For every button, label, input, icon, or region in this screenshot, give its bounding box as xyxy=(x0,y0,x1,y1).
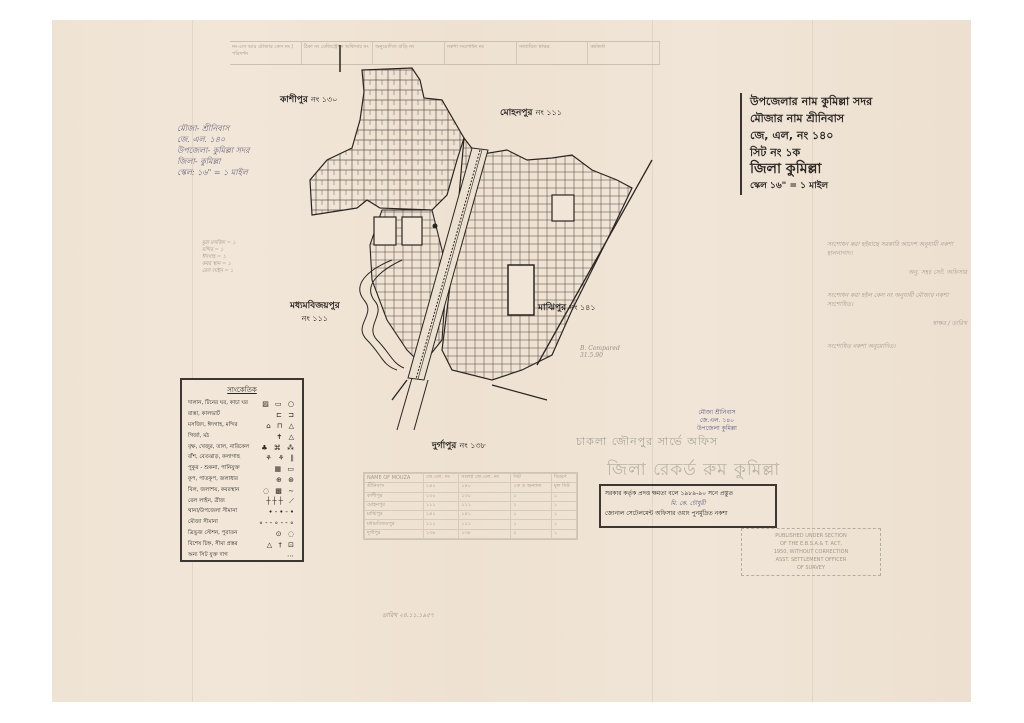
note-paragraph: সংশোধিত নকশা অনুমোদিত। xyxy=(827,342,967,351)
table-cell: মাঝিপুর xyxy=(365,511,424,520)
legend-row: মৌজা সীমানা∘--∘--∘ xyxy=(188,518,296,529)
mouza-number: নং ১৩০ xyxy=(311,95,337,104)
pencil-line: কবর স্থান = ১ xyxy=(202,261,236,268)
legend-title: সাংকেতিক xyxy=(188,384,296,396)
legend-row: বাঁশ, বেতঝাড়, কলাগাছ⚘ ⚘ ∥ xyxy=(188,453,296,464)
table-row: দুর্গাপুর১৩৮১৩৮১১ xyxy=(365,529,577,538)
seal-line: জে.এল. ১৪০ xyxy=(697,417,737,425)
trig-station-icon: ⊙ ◌ xyxy=(276,530,296,538)
jl-number: জে, এল, নং ১৪০ xyxy=(750,127,900,144)
mouza-name: মোহনপুর xyxy=(500,108,532,118)
table-row: কাশীপুর১৩০১৩০১১ xyxy=(365,492,577,501)
mouza-boundary-icon: ∘--∘--∘ xyxy=(259,519,296,527)
seal-line: মৌজা শ্রীনিবাস xyxy=(697,409,737,417)
legend-label: অন্য সিট যুক্ত দাগ xyxy=(188,552,228,560)
boundary-pillar-icon: △ † ⊡ xyxy=(267,541,296,549)
info-line: মৌজা- শ্রীনিবাস xyxy=(177,123,250,134)
table-cell: ১ xyxy=(511,529,552,538)
legend-label: রেল লাইন, ব্রীজ xyxy=(188,498,225,506)
table-row: শ্রীনিবাস১৪০১৪০১ক ও অন্যান্যমূল সিট xyxy=(365,483,577,492)
legend-label: বিল, জলাশয়, কবরস্থান xyxy=(188,487,239,495)
table-header: সংলগ্ন জে.এল. নং xyxy=(459,474,511,483)
table-cell: ১১১ xyxy=(423,501,458,510)
district-name: জিলা কুমিল্লা xyxy=(750,161,900,178)
table-cell: ১১১ xyxy=(459,520,511,529)
mouza-seal: মৌজা শ্রীনিবাস জে.এল. ১৪০ উপজেলা কুমিল্ল… xyxy=(697,409,737,433)
legend-label: কূপ, পাতকূপ, জলাধার xyxy=(188,476,238,484)
table-cell: ১ক ও অন্যান্য xyxy=(511,483,552,492)
seal-line: উপজেলা কুমিল্লা xyxy=(697,425,737,433)
map-legend: সাংকেতিক দালান, টিনের ঘর, কাচা ঘর▨ ▭ ○ র… xyxy=(180,378,304,562)
note-paragraph: সংশোধন করা হইল কেস নং অনুযায়ী মৌজার নকশ… xyxy=(827,291,967,309)
pencil-compared-note: B. Compared 31.5.90 xyxy=(580,345,630,359)
table-cell: ১৩০ xyxy=(423,492,458,501)
legend-label: বাঁশ, বেতঝাড়, কলাগাছ xyxy=(188,454,240,462)
legend-row: দালান, টিনের ঘর, কাচা ঘর▨ ▭ ○ xyxy=(188,399,296,410)
table-cell: ১৩৮ xyxy=(459,529,511,538)
table-cell: ১৩০ xyxy=(459,492,511,501)
table-cell: ১ xyxy=(551,492,576,501)
table-cell: ১ xyxy=(511,492,552,501)
legend-row: রেল লাইন, ব্রীজ┼┼┼ ⟋ xyxy=(188,496,296,507)
note-paragraph: সংশোধন করা হইয়াছে সরকারি আদেশ অনুযায়ী … xyxy=(827,240,967,258)
railway-symbol-icon: ┼┼┼ ⟋ xyxy=(266,497,296,506)
table-header-row: NAME OF MOUZA জে.এল. নং সংলগ্ন জে.এল. নং… xyxy=(365,474,577,483)
mouza-name: মাঝিপুর xyxy=(538,303,566,313)
table-header: জে.এল. নং xyxy=(423,474,458,483)
well-symbol-icon: ⊕ ⊛ xyxy=(276,476,296,484)
stamp-line: OF SURVEY xyxy=(745,564,877,572)
note-signature: অনু. সহঃ সেট. অফিসার xyxy=(827,268,967,277)
mouza-label-majhipur: মাঝিপুর নং ১৪১ xyxy=(538,300,596,315)
table-header: NAME OF MOUZA xyxy=(365,474,424,483)
church-symbol-icon: ✝ △ xyxy=(277,433,296,441)
legend-row: থানা/উপজেলা সীমানা•-•-• xyxy=(188,507,296,518)
pencil-line: মুরা মসজিদ = ১ xyxy=(202,240,236,247)
legend-row: বিশেষ চিহ্ন, সীমা প্রস্তর△ † ⊡ xyxy=(188,539,296,550)
certification-line: জোনাল সেটেলমেন্ট অফিসার ওয়াং পুনর্মুদ্র… xyxy=(605,509,771,519)
officer-signature: মি. কে. চৌধুরী xyxy=(605,499,771,509)
mouza-name: মধ্যমবিজয়পুর xyxy=(290,298,340,313)
mouza-name: মৌজার নাম শ্রীনিবাস xyxy=(750,110,900,127)
survey-office-stamp: চাকলা জৌনপুর সার্ভে অফিস xyxy=(576,433,718,452)
handwritten-info: মৌজা- শ্রীনিবাস জে. এল. ১৪০ উপজেলা- কুমি… xyxy=(177,123,250,178)
table-row: মধ্যমবিজয়পুর১১১১১১১১ xyxy=(365,520,577,529)
dotted-line-icon: ⋯ xyxy=(287,552,296,560)
mouza-number: নং ১৩৮ xyxy=(459,441,485,450)
table-cell: ১ xyxy=(511,511,552,520)
table-cell: ১৩৮ xyxy=(423,529,458,538)
legend-label: মসজিদ, ঈদগাহ, মন্দির xyxy=(188,422,238,430)
mouza-name: দুর্গাপুর xyxy=(432,441,456,451)
mouza-number: নং ১১১ xyxy=(290,313,340,326)
table-cell: মোহনপুর xyxy=(365,501,424,510)
legend-row: মসজিদ, ঈদগাহ, মন্দির⌂ ⊓ △ xyxy=(188,421,296,432)
title-block: উপজেলার নাম কুমিল্লা সদর মৌজার নাম শ্রীন… xyxy=(740,93,900,195)
table-cell: দুর্গাপুর xyxy=(365,529,424,538)
table-cell: শ্রীনিবাস xyxy=(365,483,424,492)
bamboo-symbol-icon: ⚘ ⚘ ∥ xyxy=(265,454,296,462)
legend-row: পুকুর - শুকনা, পানিযুক্ত▦ ▭ xyxy=(188,464,296,475)
stamp-line: ASST. SETTLEMENT OFFICER xyxy=(745,556,877,564)
mouza-number: নং ১৪১ xyxy=(569,303,595,312)
table-cell: ১১১ xyxy=(423,520,458,529)
mouza-name: কাশীপুর xyxy=(280,95,308,105)
sheet-number: সিট নং ১ক xyxy=(750,144,900,161)
marsh-symbol-icon: ◌ ▩ ∼ xyxy=(263,487,296,495)
table-cell: ১ xyxy=(551,511,576,520)
mouza-label-moddhombijoypur: মধ্যমবিজয়পুর নং ১১১ xyxy=(290,298,340,326)
mouza-label-kashipur: কাশীপুর নং ১৩০ xyxy=(280,92,337,107)
map-scale: স্কেল ১৬" = ১ মাইল xyxy=(750,178,900,195)
pencil-line: মন্দির = ১ xyxy=(202,247,236,254)
stamp-line: PUBLISHED UNDER SECTION xyxy=(745,532,877,540)
legend-row: রাস্তা, কালভার্ট⊏ ⊐ xyxy=(188,410,296,421)
table-header: সিট xyxy=(511,474,552,483)
info-line: স্কেল: ১৬" = ১ মাইল xyxy=(177,167,250,178)
map-sheet: নং-এস আর মৌজার কেস নং / পরিদর্শন ঠিকা নং… xyxy=(52,20,971,702)
mosque-symbol-icon: ⌂ ⊓ △ xyxy=(266,422,296,430)
table-header: বিবরণ xyxy=(551,474,576,483)
margin-notes: সংশোধন করা হইয়াছে সরকারি আদেশ অনুযায়ী … xyxy=(827,240,967,351)
upazila-name: উপজেলার নাম কুমিল্লা সদর xyxy=(750,93,900,110)
legend-label: মৌজা সীমানা xyxy=(188,519,218,527)
table-cell: ১ xyxy=(551,520,576,529)
legend-label: পুকুর - শুকনা, পানিযুক্ত xyxy=(188,465,240,473)
pencil-line: রেল লাইন = ১ xyxy=(202,268,236,275)
note-signature: স্বাক্ষর / তারিখ xyxy=(827,319,967,328)
table-cell: ১১১ xyxy=(459,501,511,510)
building-symbol-icon: ▨ ▭ ○ xyxy=(262,400,296,408)
legend-row: কূপ, পাতকূপ, জলাধার⊕ ⊛ xyxy=(188,475,296,486)
mouza-number: নং ১১১ xyxy=(536,108,562,117)
table-cell: ১৪০ xyxy=(423,483,458,492)
table-cell: ১ xyxy=(551,501,576,510)
table-cell: ১৪০ xyxy=(459,483,511,492)
table-cell: কাশীপুর xyxy=(365,492,424,501)
legend-label: গির্জা, মঠ xyxy=(188,433,209,441)
thana-boundary-icon: •-•-• xyxy=(269,508,296,516)
pencil-date-note: তারিখ ২৪.১১.১৯৫৭ xyxy=(382,610,434,621)
legend-label: ত্রিভুজ স্টেশন, পুরাতন xyxy=(188,530,237,538)
legend-label: রাস্তা, কালভার্ট xyxy=(188,411,220,419)
legend-row: ত্রিভুজ স্টেশন, পুরাতন⊙ ◌ xyxy=(188,529,296,540)
legend-label: থানা/উপজেলা সীমানা xyxy=(188,508,237,516)
table-row: মাঝিপুর১৪১১৪১১১ xyxy=(365,511,577,520)
table-cell: ১৪১ xyxy=(459,511,511,520)
pencil-line: ঈদগাহ = ১ xyxy=(202,254,236,261)
table-cell: মূল সিট xyxy=(551,483,576,492)
mouza-label-durgapur: দুর্গাপুর নং ১৩৮ xyxy=(432,438,486,453)
table-cell: ১ xyxy=(511,520,552,529)
table-cell: ১ xyxy=(511,501,552,510)
table-row: মোহনপুর১১১১১১১১ xyxy=(365,501,577,510)
table-cell: ১৪১ xyxy=(423,511,458,520)
legend-row: বৃক্ষ, খেজুর, তাল, নারিকেল♣ ⌘ ⁂ xyxy=(188,442,296,453)
legend-row: অন্য সিট যুক্ত দাগ⋯ xyxy=(188,550,296,561)
table-cell: ১ xyxy=(551,529,576,538)
mouza-label-mohonpur: মোহনপুর নং ১১১ xyxy=(500,105,562,120)
legend-label: বৃক্ষ, খেজুর, তাল, নারিকেল xyxy=(188,444,249,452)
road-symbol-icon: ⊏ ⊐ xyxy=(276,411,296,419)
legend-label: দালান, টিনের ঘর, কাচা ঘর xyxy=(188,400,248,408)
legend-row: বিল, জলাশয়, কবরস্থান◌ ▩ ∼ xyxy=(188,485,296,496)
pond-symbol-icon: ▦ ▭ xyxy=(275,465,296,473)
stamp-line: 1950, WITHOUT CORRECTION xyxy=(745,548,877,556)
table-cell: মধ্যমবিজয়পুর xyxy=(365,520,424,529)
stamp-line: OF THE E.B.S.A.& T. ACT, xyxy=(745,540,877,548)
tree-symbol-icon: ♣ ⌘ ⁂ xyxy=(261,444,296,452)
certification-box: সরকার কর্তৃক প্রদত্ত ক্ষমতা বলে ১৯৮৯-৯০ … xyxy=(599,484,777,528)
info-line: উপজেলা- কুমিল্লা সদর xyxy=(177,145,250,156)
legend-label: বিশেষ চিহ্ন, সীমা প্রস্তর xyxy=(188,541,238,549)
pencil-feature-list: মুরা মসজিদ = ১ মন্দির = ১ ঈদগাহ = ১ কবর … xyxy=(202,240,236,275)
certification-line: সরকার কর্তৃক প্রদত্ত ক্ষমতা বলে ১৯৮৯-৯০ … xyxy=(605,489,771,499)
legend-row: গির্জা, মঠ✝ △ xyxy=(188,431,296,442)
adjoining-mouza-table: NAME OF MOUZA জে.এল. নং সংলগ্ন জে.এল. নং… xyxy=(363,472,578,540)
district-record-stamp: জিলা রেকর্ড রুম কুমিল্লা xyxy=(607,457,780,485)
info-line: জিলা- কুমিল্লা xyxy=(177,156,250,167)
publication-stamp: PUBLISHED UNDER SECTION OF THE E.B.S.A.&… xyxy=(741,528,881,576)
info-line: জে. এল. ১৪০ xyxy=(177,134,250,145)
